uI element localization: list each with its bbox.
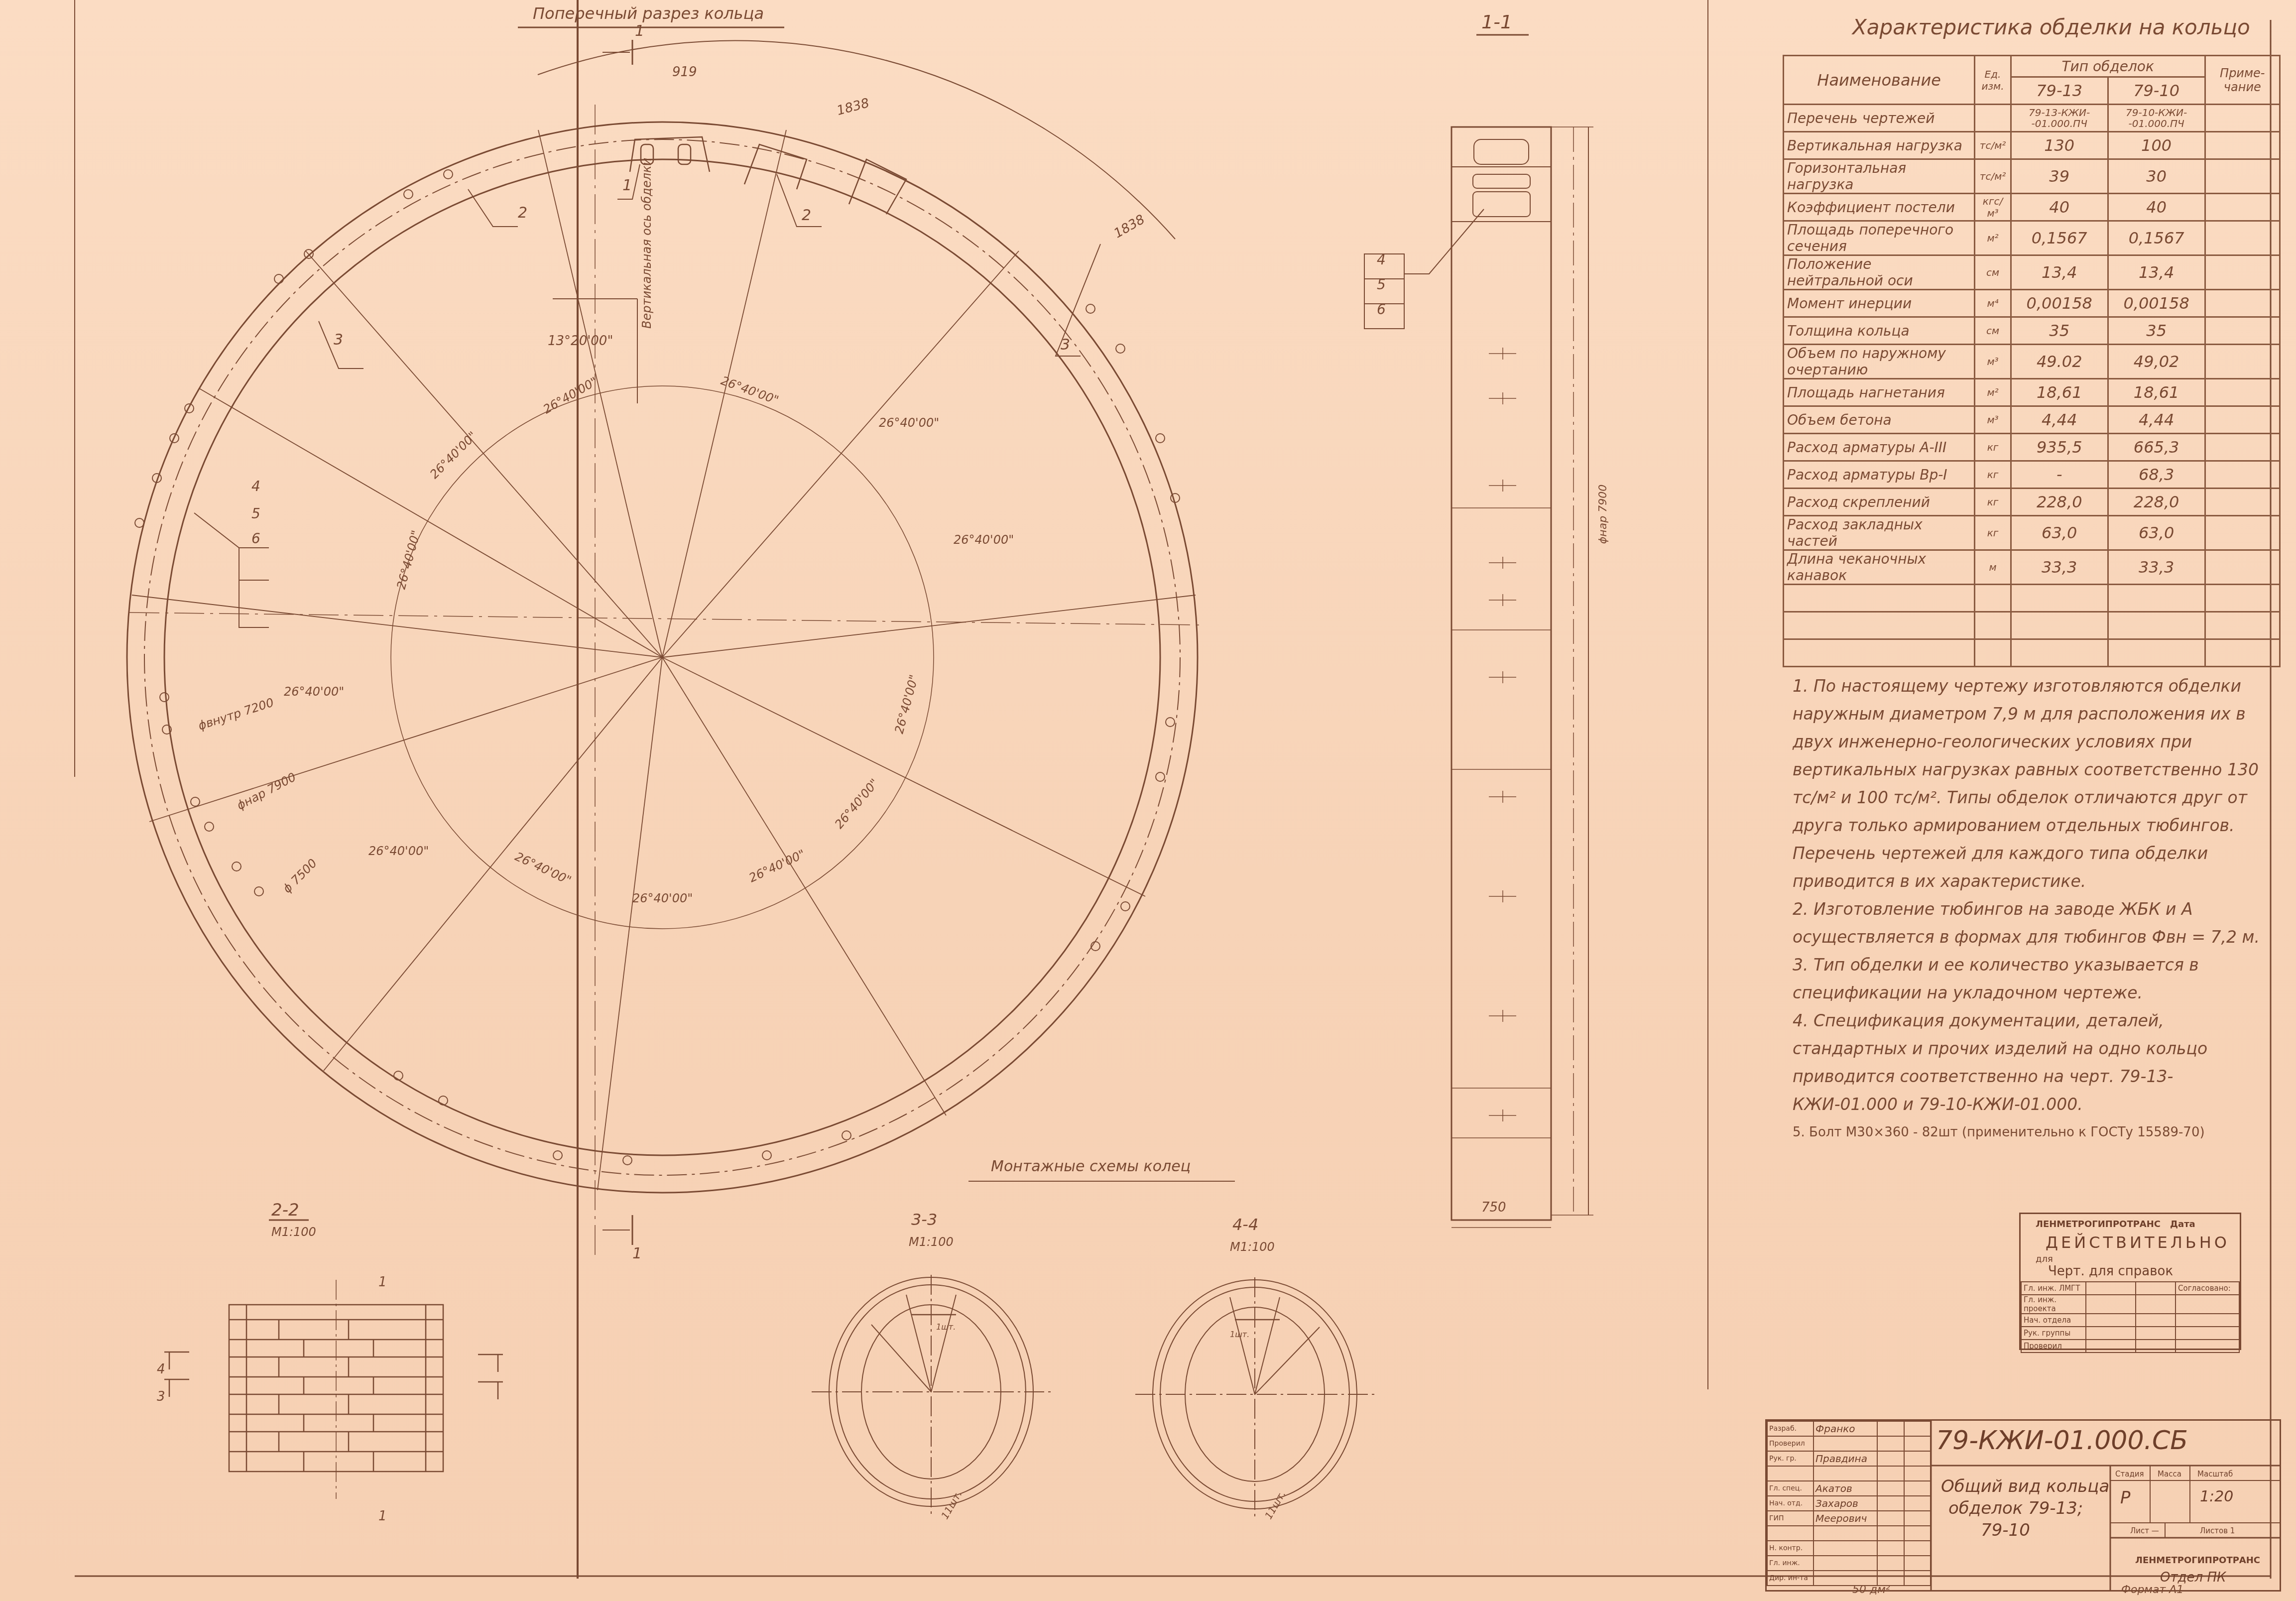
row-unit: кг	[1975, 461, 2011, 489]
callout-6: 6	[251, 530, 260, 547]
characteristics-title: Характеристика обделки на кольцо	[1852, 15, 2250, 39]
row-value-79-10: 0,00158	[2108, 290, 2205, 317]
row-unit: м²	[1975, 379, 2011, 406]
row-unit: м	[1975, 550, 2011, 585]
row-note	[2205, 516, 2280, 550]
row-value-79-13: 63,0	[2011, 516, 2108, 550]
row-value-79-13: -	[2011, 461, 2108, 489]
stamp-row-label: Проверил	[2021, 1340, 2086, 1353]
main-view-title: Поперечный разрез кольца	[533, 4, 764, 23]
row-note	[2205, 159, 2280, 194]
callout-5: 5	[251, 505, 260, 522]
row-note	[2205, 379, 2280, 406]
mass-label: Масса	[2158, 1470, 2181, 1478]
stamp-for-label: для	[2036, 1254, 2053, 1264]
row-value-79-13	[2011, 639, 2108, 667]
row-note	[2205, 612, 2280, 639]
assembly-count: 1шт.	[936, 1322, 956, 1332]
section-mark-3: 3	[157, 1389, 165, 1404]
col-unit-header: Ед. изм.	[1975, 56, 2011, 105]
table-row	[1784, 585, 2280, 612]
row-value-79-10	[2108, 639, 2205, 667]
row-unit: м³	[1975, 406, 2011, 434]
table-row: Расход арматуры Вр-Iкг-68,3	[1784, 461, 2280, 489]
row-name: Момент инерции	[1784, 290, 1975, 317]
row-value-79-10	[2108, 585, 2205, 612]
row-value-79-13: 13,4	[2011, 255, 2108, 290]
row-value-79-13: 935,5	[2011, 434, 2108, 461]
row-note	[2205, 461, 2280, 489]
assembly-3-3	[812, 1275, 1051, 1514]
table-row: Перечень чертежей79-13-КЖИ- -01.000.ПЧ79…	[1784, 105, 2280, 132]
section-1-1-title: 1-1	[1481, 11, 1512, 33]
row-note	[2205, 194, 2280, 221]
note-4: 4. Спецификация документации, деталей, с…	[1793, 1007, 2266, 1118]
row-unit: тс/м²	[1975, 159, 2011, 194]
row-unit	[1975, 612, 2011, 639]
table-row	[1784, 612, 2280, 639]
section-1-1	[1364, 35, 1593, 1228]
angle-label: 26°40'00"	[368, 844, 429, 858]
stamp-row-label: Нач. отдела	[2021, 1314, 2086, 1327]
row-note	[2205, 550, 2280, 585]
section-mark-bottom: 1	[632, 1245, 642, 1262]
characteristics-table: Наименование Ед. изм. Тип обделок Приме-…	[1783, 55, 2281, 667]
validity-stamp: ЛЕНМЕТРОГИПРОТРАНС Дата ДЕЙСТВИТЕЛЬНО дл…	[2019, 1213, 2241, 1350]
description-line: 79-10	[1941, 1519, 2109, 1541]
row-unit	[1975, 639, 2011, 667]
row-value-79-13: 35	[2011, 317, 2108, 345]
sheets-label: Листов 1	[2200, 1526, 2235, 1535]
ring-cross-section	[70, 40, 1255, 1255]
stamp-valid: ДЕЙСТВИТЕЛЬНО	[2046, 1233, 2230, 1252]
callout-4: 4	[251, 478, 260, 494]
table-row: Момент инерциим⁴0,001580,00158	[1784, 290, 2280, 317]
row-value-79-13: 0,1567	[2011, 221, 2108, 255]
row-note	[2205, 585, 2280, 612]
angle-label: 26°40'00"	[879, 416, 939, 430]
row-name: Горизонтальная нагрузка	[1784, 159, 1975, 194]
row-unit: м²	[1975, 221, 2011, 255]
title-dept: Отдел ПК	[2160, 1570, 2226, 1585]
sheet-format: Формат А1	[2121, 1584, 2183, 1596]
row-note	[2205, 132, 2280, 159]
row-value-79-10: 33,3	[2108, 550, 2205, 585]
callout-2: 2	[802, 207, 811, 224]
row-value-79-10: 40	[2108, 194, 2205, 221]
row-value-79-13: 33,3	[2011, 550, 2108, 585]
table-row: Горизонтальная нагрузкатс/м²3930	[1784, 159, 2280, 194]
table-row: Расход скрепленийкг228,0228,0	[1784, 489, 2280, 516]
row-name: Расход арматуры Вр-I	[1784, 461, 1975, 489]
row-name: Расход скреплений	[1784, 489, 1975, 516]
note-5: 5. Болт М30×360 - 82шт (применительно к …	[1793, 1118, 2266, 1146]
table-row: Расход арматуры А-IIIкг935,5665,3	[1784, 434, 2280, 461]
row-note	[2205, 434, 2280, 461]
callout-4: 4	[1377, 251, 1386, 268]
angle-label: 26°40'00"	[954, 533, 1014, 547]
stamp-row-label: Рук. группы	[2021, 1327, 2086, 1340]
callout-1: 1	[378, 1275, 387, 1290]
row-name: Длина чеканочных канавок	[1784, 550, 1975, 585]
title-org: ЛЕНМЕТРОГИПРОТРАНС	[2135, 1555, 2260, 1566]
row-unit: кг	[1975, 489, 2011, 516]
table-row: Положение нейтральной осисм13,413,4	[1784, 255, 2280, 290]
row-name	[1784, 585, 1975, 612]
row-value-79-10: 63,0	[2108, 516, 2205, 550]
row-unit: м⁴	[1975, 290, 2011, 317]
callout-3: 3	[334, 331, 343, 349]
row-unit: см	[1975, 317, 2011, 345]
row-name: Площадь поперечного сечения	[1784, 221, 1975, 255]
section-4-4-scale: М1:100	[1230, 1240, 1275, 1254]
row-name: Объем по наружному очертанию	[1784, 345, 1975, 379]
row-unit	[1975, 105, 2011, 132]
table-row: Объем бетонам³4,444,44	[1784, 406, 2280, 434]
row-value-79-10: 100	[2108, 132, 2205, 159]
row-value-79-10: 49,02	[2108, 345, 2205, 379]
section-3-3-scale: М1:100	[909, 1235, 954, 1249]
col-note-header: Приме- чание	[2205, 56, 2280, 105]
angle-label: 26°40'00"	[632, 891, 693, 905]
row-unit: тс/м²	[1975, 132, 2011, 159]
title-block: Разраб.ФранкоПроверилРук. гр.ПравдинаГл.…	[1765, 1419, 2281, 1592]
row-value-79-10: 4,44	[2108, 406, 2205, 434]
row-unit: кг	[1975, 516, 2011, 550]
sheet-area: 50 дм²	[1852, 1584, 1890, 1596]
row-value-79-10: 0,1567	[2108, 221, 2205, 255]
row-value-79-10: 18,61	[2108, 379, 2205, 406]
row-note	[2205, 406, 2280, 434]
row-note	[2205, 489, 2280, 516]
stamp-date-label: Дата	[2170, 1219, 2195, 1230]
table-row: Площадь нагнетаниям²18,6118,61	[1784, 379, 2280, 406]
row-note	[2205, 639, 2280, 667]
stamp-purpose: Черт. для справок	[2048, 1264, 2173, 1279]
row-value-79-13: 49.02	[2011, 345, 2108, 379]
table-row	[1784, 639, 2280, 667]
row-value-79-10: 228,0	[2108, 489, 2205, 516]
row-value-79-10	[2108, 612, 2205, 639]
col-types-header: Тип обделок	[2011, 56, 2205, 77]
drawing-code: 79-КЖИ-01.000.СБ	[1936, 1426, 2188, 1456]
col-type-a-header: 79-13	[2011, 77, 2108, 105]
section-2-2-layout	[164, 1220, 503, 1499]
row-value-79-10: 68,3	[2108, 461, 2205, 489]
row-name: Расход закладных частей	[1784, 516, 1975, 550]
angle-label: 26°40'00"	[284, 685, 344, 699]
table-row: Объем по наружному очертаниюм³49.0249,02	[1784, 345, 2280, 379]
row-note	[2205, 345, 2280, 379]
row-value-79-13: 4,44	[2011, 406, 2108, 434]
col-name-header: Наименование	[1784, 56, 1975, 105]
description-line: Общий вид кольца	[1941, 1476, 2109, 1497]
stamp-org: ЛЕНМЕТРОГИПРОТРАНС	[2036, 1219, 2161, 1230]
assembly-title: Монтажные схемы колец	[991, 1158, 1191, 1175]
section-2-2-title: 2-2	[271, 1200, 299, 1220]
section-4-4-title: 4-4	[1232, 1215, 1258, 1234]
section-3-3-title: 3-3	[911, 1210, 937, 1229]
table-row: Коэффициент постеликгс/м³4040	[1784, 194, 2280, 221]
row-value-79-13: 79-13-КЖИ- -01.000.ПЧ	[2011, 105, 2108, 132]
section-2-2-scale: М1:100	[271, 1225, 316, 1239]
row-unit: см	[1975, 255, 2011, 290]
notes: 1. По настоящему чертежу изготовляются о…	[1793, 672, 2266, 1146]
row-value-79-10: 35	[2108, 317, 2205, 345]
dim-section-outer-diameter: ϕнар 7900	[1597, 485, 1609, 544]
row-value-79-13: 228,0	[2011, 489, 2108, 516]
row-value-79-10: 13,4	[2108, 255, 2205, 290]
row-name: Площадь нагнетания	[1784, 379, 1975, 406]
row-unit: кгс/м³	[1975, 194, 2011, 221]
table-row: Расход закладных частейкг63,063,0	[1784, 516, 2280, 550]
vertical-axis-label: Вертикальная ось обделки	[640, 158, 654, 329]
row-value-79-10: 79-10-КЖИ- -01.000.ПЧ	[2108, 105, 2205, 132]
row-name: Объем бетона	[1784, 406, 1975, 434]
row-name: Перечень чертежей	[1784, 105, 1975, 132]
col-type-b-header: 79-10	[2108, 77, 2205, 105]
row-name	[1784, 639, 1975, 667]
row-name	[1784, 612, 1975, 639]
row-name: Толщина кольца	[1784, 317, 1975, 345]
row-note	[2205, 105, 2280, 132]
table-row: Толщина кольцасм3535	[1784, 317, 2280, 345]
row-name: Вертикальная нагрузка	[1784, 132, 1975, 159]
section-mark-4: 4	[157, 1362, 165, 1377]
description-line: обделок 79-13;	[1941, 1497, 2109, 1519]
stamp-agreed: Согласовано:	[2175, 1282, 2239, 1295]
sheet-label: Лист —	[2130, 1526, 2159, 1535]
row-name: Коэффициент постели	[1784, 194, 1975, 221]
assembly-4-4	[1135, 1277, 1374, 1516]
row-value-79-13: 40	[2011, 194, 2108, 221]
row-value-79-13: 18,61	[2011, 379, 2108, 406]
row-name: Положение нейтральной оси	[1784, 255, 1975, 290]
stamp-row-label: Гл. инж. ЛМГТ	[2021, 1282, 2086, 1295]
callout-1: 1	[622, 177, 632, 194]
row-value-79-10: 665,3	[2108, 434, 2205, 461]
callout-3: 3	[1061, 336, 1070, 354]
angle-half: 13°20'00"	[548, 334, 613, 349]
note-1: 1. По настоящему чертежу изготовляются о…	[1793, 672, 2266, 895]
callout-2: 2	[518, 204, 527, 222]
table-row: Длина чеканочных канавокм33,333,3	[1784, 550, 2280, 585]
row-value-79-13: 130	[2011, 132, 2108, 159]
table-row: Площадь поперечного сечениям²0,15670,156…	[1784, 221, 2280, 255]
callout-5: 5	[1377, 276, 1386, 293]
row-unit	[1975, 585, 2011, 612]
scale-value: 1:20	[2200, 1488, 2233, 1505]
row-note	[2205, 290, 2280, 317]
dim-width-750: 750	[1481, 1200, 1506, 1215]
stage-value: Р	[2120, 1488, 2131, 1508]
row-unit: м³	[1975, 345, 2011, 379]
callout-6: 6	[1377, 301, 1386, 318]
row-unit: кг	[1975, 434, 2011, 461]
row-note	[2205, 221, 2280, 255]
stamp-row-label: Гл. инж. проекта	[2021, 1295, 2086, 1314]
section-mark-top: 1	[635, 22, 644, 40]
note-3: 3. Тип обделки и ее количество указывает…	[1793, 951, 2266, 1007]
row-name: Расход арматуры А-III	[1784, 434, 1975, 461]
row-value-79-13: 39	[2011, 159, 2108, 194]
row-note	[2205, 255, 2280, 290]
stage-label: Стадия	[2115, 1470, 2144, 1478]
row-value-79-13: 0,00158	[2011, 290, 2108, 317]
note-2: 2. Изготовление тюбингов на заводе ЖБК и…	[1793, 895, 2266, 951]
assembly-count: 1шт.	[1230, 1330, 1249, 1339]
row-value-79-13	[2011, 612, 2108, 639]
drawing-description: Общий вид кольца обделок 79-13; 79-10	[1941, 1476, 2109, 1541]
row-value-79-10: 30	[2108, 159, 2205, 194]
callout-1: 1	[378, 1509, 387, 1524]
row-note	[2205, 317, 2280, 345]
dim-919: 919	[672, 65, 697, 80]
stamp-table: Гл. инж. ЛМГТСогласовано: Гл. инж. проек…	[2021, 1281, 2240, 1353]
scale-label: Масштаб	[2197, 1470, 2233, 1478]
table-row: Вертикальная нагрузкатс/м²130100	[1784, 132, 2280, 159]
row-value-79-13	[2011, 585, 2108, 612]
